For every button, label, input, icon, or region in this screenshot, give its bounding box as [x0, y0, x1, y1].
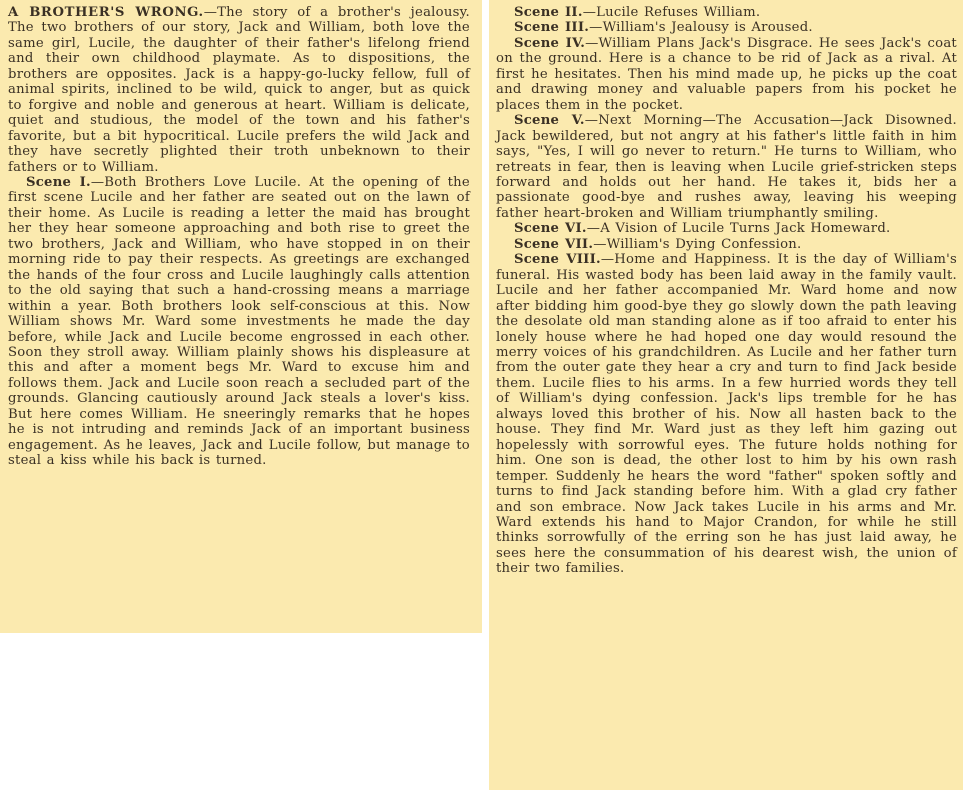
article-title: A BROTHER'S WRONG.: [8, 5, 204, 20]
scene-5-paragraph: Scene V.—Next Morning—The Accusation—Jac…: [496, 113, 957, 221]
scene-6-text: —A Vision of Lucile Turns Jack Homeward.: [587, 221, 891, 236]
scene-3-label: Scene III.: [514, 20, 589, 35]
scene-5-label: Scene V.: [514, 113, 585, 128]
scene-4-paragraph: Scene IV.—William Plans Jack's Disgrace.…: [496, 36, 957, 113]
scene-6-paragraph: Scene VI.—A Vision of Lucile Turns Jack …: [496, 221, 957, 236]
article-intro-text: —The story of a brother's jealousy. The …: [8, 5, 470, 175]
scene-8-label: Scene VIII.: [514, 252, 601, 267]
newspaper-clipping-left-column: A BROTHER'S WRONG.—The story of a brothe…: [0, 0, 482, 633]
newspaper-clipping-right-column: Scene II.—Lucile Refuses William. Scene …: [489, 0, 963, 790]
scene-1-label: Scene I.: [26, 175, 91, 190]
article-intro-paragraph: A BROTHER'S WRONG.—The story of a brothe…: [8, 5, 470, 175]
scene-8-text: —Home and Happiness. It is the day of Wi…: [496, 252, 957, 576]
scene-6-label: Scene VI.: [514, 221, 587, 236]
scene-3-paragraph: Scene III.—William's Jealousy is Aroused…: [496, 20, 957, 35]
scene-3-text: —William's Jealousy is Aroused.: [589, 20, 813, 35]
scene-7-label: Scene VII.: [514, 237, 593, 252]
scene-4-label: Scene IV.: [514, 36, 585, 51]
scene-2-text: —Lucile Refuses William.: [583, 5, 761, 20]
scene-2-paragraph: Scene II.—Lucile Refuses William.: [496, 5, 957, 20]
scene-8-paragraph: Scene VIII.—Home and Happiness. It is th…: [496, 252, 957, 577]
scene-1-text: —Both Brothers Love Lucile. At the openi…: [8, 175, 470, 468]
scene-5-text: —Next Morning—The Accusation—Jack Disown…: [496, 113, 957, 221]
scene-7-paragraph: Scene VII.—William's Dying Confession.: [496, 237, 957, 252]
scene-7-text: —William's Dying Confession.: [593, 237, 801, 252]
scene-2-label: Scene II.: [514, 5, 583, 20]
scene-1-paragraph: Scene I.—Both Brothers Love Lucile. At t…: [8, 175, 470, 469]
